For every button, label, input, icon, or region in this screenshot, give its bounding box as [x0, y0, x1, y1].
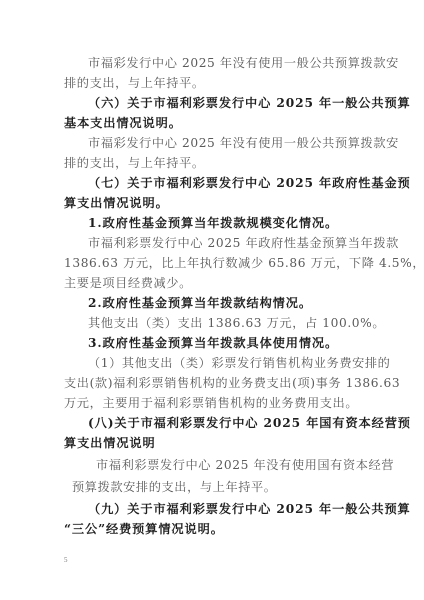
paragraph-line: 排的支出，与上年持平。 [64, 156, 360, 170]
document-page: 市福彩发行中心 2025 年没有使用一般公共预算拨款安 排的支出，与上年持平。 … [0, 0, 424, 600]
paragraph-line: 1386.63 万元，比上年执行数减少 65.86 万元，下降 4.5%， [64, 256, 360, 270]
section-heading: （六）关于市福利彩票发行中心 2025 年一般公共预算 [88, 96, 360, 110]
paragraph-line: 市福利彩票发行中心 2025 年没有使用国有资本经营 [96, 458, 354, 472]
page-number: 5 [64, 556, 68, 564]
section-heading: （九）关于市福利彩票发行中心 2025 年一般公共预算 [88, 502, 360, 516]
paragraph-line: 其他支出（类）支出 1386.63 万元，占 100.0%。 [88, 316, 360, 330]
subsection-heading: 3.政府性基金预算当年拨款具体使用情况。 [88, 336, 360, 350]
paragraph-line: 市福彩发行中心 2025 年没有使用一般公共预算拨款安 [88, 136, 360, 150]
paragraph-line: 排的支出，与上年持平。 [64, 76, 360, 90]
paragraph-line: （1）其他支出（类）彩票发行销售机构业务费安排的 [88, 356, 360, 370]
section-heading: (八)关于市福利彩票发行中心 2025 年国有资本经营预 [88, 416, 360, 430]
subsection-heading: 1.政府性基金预算当年拨款规模变化情况。 [88, 216, 360, 230]
section-heading: （七）关于市福利彩票发行中心 2025 年政府性基金预 [88, 176, 360, 190]
subsection-heading: 2.政府性基金预算当年拨款结构情况。 [88, 296, 360, 310]
paragraph-line: 支出(款)福利彩票销售机构的业务费支出(项)事务 1386.63 [64, 376, 360, 390]
section-heading: 基本支出情况说明。 [64, 116, 360, 130]
paragraph-line: 主要是项目经费减少。 [64, 276, 360, 290]
paragraph-line: 市福彩发行中心 2025 年没有使用一般公共预算拨款安 [88, 56, 360, 70]
paragraph-line: 预算拨款安排的支出，与上年持平。 [72, 480, 368, 494]
paragraph-line: 万元，主要用于福利彩票销售机构的业务费用支出。 [64, 396, 360, 410]
section-heading: “三公”经费预算情况说明。 [64, 522, 360, 536]
paragraph-line: 市福利彩票发行中心 2025 年政府性基金预算当年拨款 [88, 236, 360, 250]
section-heading: 算支出情况说明 [64, 436, 360, 450]
section-heading: 算支出情况说明。 [64, 196, 360, 210]
